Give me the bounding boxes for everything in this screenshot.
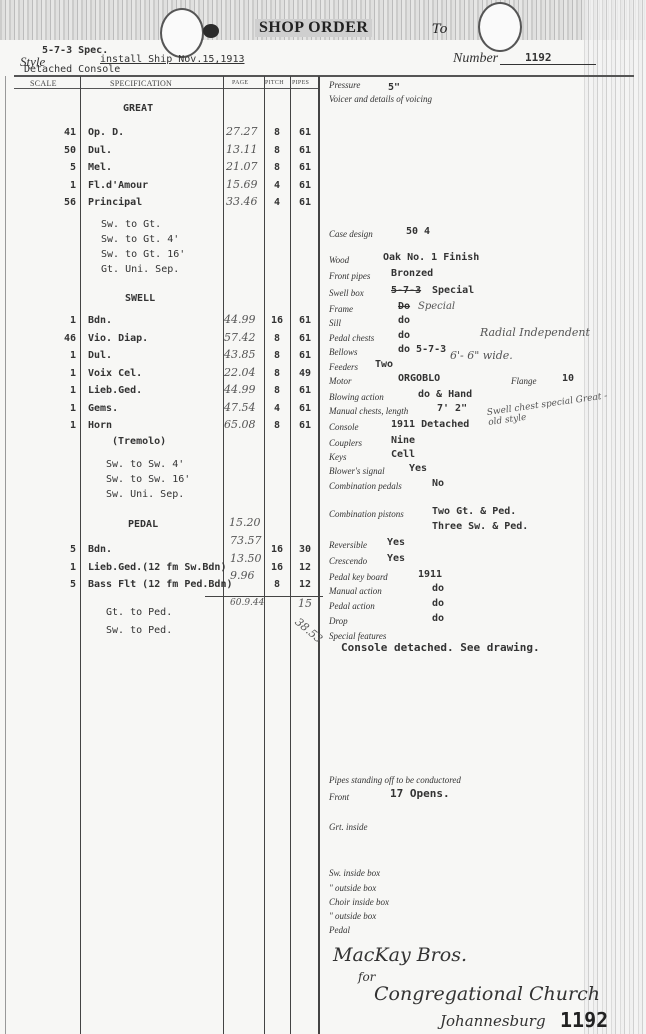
field-value-wood: Oak No. 1 Finish — [383, 252, 479, 263]
stop-name: Bdn. — [88, 544, 112, 555]
field-value-frame: Special — [418, 301, 455, 312]
stop-pitch: 4 — [267, 180, 287, 191]
stop-page: 47.54 — [224, 401, 256, 414]
field-label-sill: Sill — [329, 318, 341, 328]
stop-scale: 50 — [40, 145, 76, 156]
field-value-pedal-key-board: 1911 — [418, 569, 442, 580]
field-value-sill: do — [398, 315, 410, 326]
stop-scale: 1 — [40, 368, 76, 379]
col-divider-spec — [223, 76, 224, 1034]
stop-name: Bdn. — [88, 315, 112, 326]
field-label-feeders: Feeders — [329, 362, 358, 372]
field-label-voicer: Voicer and details of voicing — [329, 94, 432, 104]
section-title-great: GREAT — [123, 103, 153, 114]
field-value-drop: do — [432, 613, 444, 624]
stop-pipes: 61 — [294, 333, 316, 344]
coupler: Gt. to Ped. — [106, 607, 172, 618]
install-note: install Ship Nov.15,1913 — [100, 54, 245, 65]
stop-page: 15.69 — [226, 178, 258, 191]
stop-name: Gems. — [88, 403, 118, 414]
field-label-couplers: Couplers — [329, 438, 362, 448]
field-value-couplers: Nine — [391, 435, 415, 446]
stop-name: Horn — [88, 420, 112, 431]
stop-name: Mel. — [88, 162, 112, 173]
stop-pitch: 4 — [267, 403, 287, 414]
stop-pipes: 61 — [294, 315, 316, 326]
stop-scale: 5 — [40, 162, 76, 173]
field-label-wood: Wood — [329, 255, 349, 265]
field-value-combination-pedals: No — [432, 478, 444, 489]
field-label-keys: Keys — [329, 452, 347, 462]
stop-scale: 1 — [40, 420, 76, 431]
stop-scale: 5 — [40, 579, 76, 590]
left-edge — [5, 76, 6, 1034]
col-header-page: PAGE — [232, 80, 248, 86]
field-label-manual-chests-length: Manual chests, length — [329, 406, 408, 416]
field-label-pedal-action: Pedal action — [329, 601, 375, 611]
stop-scale: 56 — [40, 197, 76, 208]
handwritten-note: Radial Independent — [480, 326, 590, 339]
front-label: Front — [329, 792, 349, 802]
coupler: Sw. to Sw. 16' — [106, 474, 190, 485]
stop-pitch: 8 — [267, 579, 287, 590]
stop-pipes: 61 — [294, 403, 316, 414]
stop-pipes: 61 — [294, 420, 316, 431]
field-value-feeders: Two — [375, 359, 393, 370]
field-label-pedal-key-board: Pedal key board — [329, 572, 388, 582]
field-label-manual-action: Manual action — [329, 586, 382, 596]
field-label-flange: Flange — [511, 376, 537, 386]
stop-page: 13.11 — [226, 143, 258, 156]
col-divider-pitch — [290, 76, 291, 1034]
field-label-console: Console — [329, 422, 359, 432]
header-rule — [14, 75, 634, 77]
section-title-swell: SWELL — [125, 293, 155, 304]
field-value-case-design: 50 4 — [406, 226, 430, 237]
section-page: 15.20 — [229, 516, 261, 529]
field-value-reversible: Yes — [387, 537, 405, 548]
stop-page: 73.57 — [230, 534, 262, 547]
field-label-special-features: Special features — [329, 631, 386, 641]
field-label-pedal-chests: Pedal chests — [329, 333, 374, 343]
field-value-pedal-action: do — [432, 598, 444, 609]
col-divider-page — [264, 76, 265, 1034]
stop-pitch: 8 — [267, 127, 287, 138]
client-name: Congregational Church — [374, 983, 600, 1005]
stop-page: 22.04 — [224, 366, 256, 379]
field-label-case-design: Case design — [329, 229, 373, 239]
field-value-pressure: 5" — [388, 82, 400, 93]
stop-page: 43.85 — [224, 348, 256, 361]
stop-page: 57.42 — [224, 331, 256, 344]
field-label-frame: Frame — [329, 304, 353, 314]
field-value-manual-chests-length: 7' 2" — [437, 403, 467, 414]
column-header-rule — [14, 88, 319, 89]
total-extra: 38.53 — [293, 615, 325, 645]
sw-outside-box-label: " outside box — [329, 883, 376, 893]
field-label-combination-pistons: Combination pistons — [329, 509, 404, 519]
sw-inside-box-label: Sw. inside box — [329, 868, 380, 878]
stop-scale: 1 — [40, 180, 76, 191]
stop-scale: 1 — [40, 315, 76, 326]
field-value-blower-s-signal: Yes — [409, 463, 427, 474]
pipes-standing-label: Pipes standing off to be conductored — [329, 775, 461, 785]
stop-pipes: 61 — [294, 197, 316, 208]
choir-outside-box-label: " outside box — [329, 911, 376, 921]
stop-page: 21.07 — [226, 160, 258, 173]
stop-name: Lieb.Ged. — [88, 385, 142, 396]
field-label-combination-pedals: Combination pedals — [329, 481, 402, 491]
stop-page: 27.27 — [226, 125, 258, 138]
stop-pitch: 8 — [267, 162, 287, 173]
punch-hole-left — [160, 8, 204, 58]
stop-pitch: 8 — [267, 385, 287, 396]
coupler: Gt. Uni. Sep. — [101, 264, 179, 275]
document-title: SHOP ORDER — [255, 19, 372, 37]
stop-pitch: 8 — [267, 145, 287, 156]
col-divider-scale — [80, 76, 81, 1034]
stop-pipes: 61 — [294, 162, 316, 173]
grt-inside-label: Grt. inside — [329, 822, 368, 832]
field-label-crescendo: Crescendo — [329, 556, 367, 566]
stop-scale: 1 — [40, 403, 76, 414]
stop-page: 13.50 — [230, 552, 262, 565]
ink-blot — [203, 24, 219, 38]
console-note: Detached Console — [24, 64, 120, 75]
stop-page: 9.96 — [230, 569, 255, 582]
stop-pitch: 16 — [267, 562, 287, 573]
field-value-pedal-chests: do — [398, 330, 410, 341]
stop-name: Op. D. — [88, 127, 124, 138]
field-value-motor: ORGOBLO — [398, 373, 440, 384]
stop-name: Bass Flt (12 fm Ped.Bdn) — [88, 579, 233, 590]
struck-value: Do — [398, 301, 410, 312]
front-value: 17 Opens. — [390, 787, 450, 800]
total-pipes: 15 — [298, 597, 312, 610]
style-value: 5-7-3 Spec. — [42, 45, 108, 56]
field-value-console: 1911 Detached — [391, 419, 469, 430]
coupler: Sw. Uni. Sep. — [106, 489, 184, 500]
stop-pipes: 61 — [294, 385, 316, 396]
stop-name: Lieb.Ged.(12 fm Sw.Bdn) — [88, 562, 226, 573]
stop-scale: 1 — [40, 562, 76, 573]
field-label-pressure: Pressure — [329, 80, 360, 90]
maker-signature: MacKay Bros. — [333, 944, 467, 966]
stop-pipes: 12 — [294, 562, 316, 573]
field-value-crescendo: Yes — [387, 553, 405, 564]
stop-scale: 1 — [40, 350, 76, 361]
col-header-specification: SPECIFICATION — [110, 79, 172, 88]
pedal-label: Pedal — [329, 925, 350, 935]
punch-hole-right — [478, 2, 522, 52]
handwritten-note: 6'- 6" wide. — [450, 349, 513, 362]
field-value-combination-pistons: Two Gt. & Ped. — [432, 506, 516, 517]
stop-pitch: 8 — [267, 350, 287, 361]
total-page: 60.9.44 — [230, 598, 264, 608]
field-value-blowing-action: do & Hand — [418, 389, 472, 400]
coupler: Sw. to Gt. 4' — [101, 234, 179, 245]
stop-name: Fl.d'Amour — [88, 180, 148, 191]
stop-pipes: 49 — [294, 368, 316, 379]
stop-page: 33.46 — [226, 195, 258, 208]
stop-scale: 46 — [40, 333, 76, 344]
for-label: for — [358, 970, 375, 984]
stop-name: Dul. — [88, 145, 112, 156]
coupler: Sw. to Gt. — [101, 219, 161, 230]
stop-name: Vio. Diap. — [88, 333, 148, 344]
field-label-front-pipes: Front pipes — [329, 271, 370, 281]
stop-pitch: 8 — [267, 333, 287, 344]
col-divider-pipes — [318, 76, 320, 1034]
col-header-scale: SCALE — [30, 79, 57, 88]
field-value-front-pipes: Bronzed — [391, 268, 433, 279]
field-label-motor: Motor — [329, 376, 352, 386]
stop-page: 65.08 — [224, 418, 256, 431]
field-value-keys: Cell — [391, 449, 415, 460]
field-value-combination-pistons-2: Three Sw. & Ped. — [432, 521, 528, 532]
stop-page: 44.99 — [224, 313, 256, 326]
field-label-reversible: Reversible — [329, 540, 367, 550]
choir-inside-box-label: Choir inside box — [329, 897, 389, 907]
stop-pipes: 61 — [294, 127, 316, 138]
field-label-blowing-action: Blowing action — [329, 392, 384, 402]
section-title-pedal: PEDAL — [128, 519, 158, 530]
struck-value: 5-7-3 — [391, 285, 421, 296]
stop-pitch: 16 — [267, 315, 287, 326]
number-label: Number — [453, 51, 498, 67]
stop-pipes: 30 — [294, 544, 316, 555]
stop-pitch: 16 — [267, 544, 287, 555]
stop-page: 44.99 — [224, 383, 256, 396]
field-label-swell-box: Swell box — [329, 288, 364, 298]
stop-scale: 5 — [40, 544, 76, 555]
stop-name: Principal — [88, 197, 142, 208]
stop-pitch: 4 — [267, 197, 287, 208]
field-label-drop: Drop — [329, 616, 348, 626]
col-header-pitch: PITCH — [265, 80, 284, 86]
stop-scale: 1 — [40, 385, 76, 396]
field-value-bellows: do 5-7-3 — [398, 344, 446, 355]
order-number: 1192 — [525, 51, 552, 64]
tremolo: (Tremolo) — [112, 436, 166, 447]
stop-name: Voix Cel. — [88, 368, 142, 379]
scan-noise-right — [584, 0, 646, 1034]
to-label: To — [432, 22, 448, 37]
field-label-bellows: Bellows — [329, 347, 358, 357]
stop-scale: 41 — [40, 127, 76, 138]
special-features-text: Console detached. See drawing. — [341, 641, 540, 654]
stop-pipes: 61 — [294, 145, 316, 156]
stop-pipes: 61 — [294, 350, 316, 361]
stop-name: Dul. — [88, 350, 112, 361]
col-header-pipes: PIPES — [292, 80, 309, 86]
stop-pipes: 61 — [294, 180, 316, 191]
field-value-manual-action: do — [432, 583, 444, 594]
stop-pipes: 12 — [294, 579, 316, 590]
coupler: Sw. to Ped. — [106, 625, 172, 636]
field-value-flange: 10 — [562, 373, 574, 384]
coupler: Sw. to Sw. 4' — [106, 459, 184, 470]
field-label-blower-s-signal: Blower's signal — [329, 466, 385, 476]
coupler: Sw. to Gt. 16' — [101, 249, 185, 260]
number-underline — [500, 64, 596, 65]
stop-pitch: 8 — [267, 420, 287, 431]
field-value-swell-box: Special — [432, 285, 474, 296]
client-location: Johannesburg — [440, 1012, 546, 1030]
order-stamp: 1192 — [560, 1008, 608, 1032]
stop-pitch: 8 — [267, 368, 287, 379]
